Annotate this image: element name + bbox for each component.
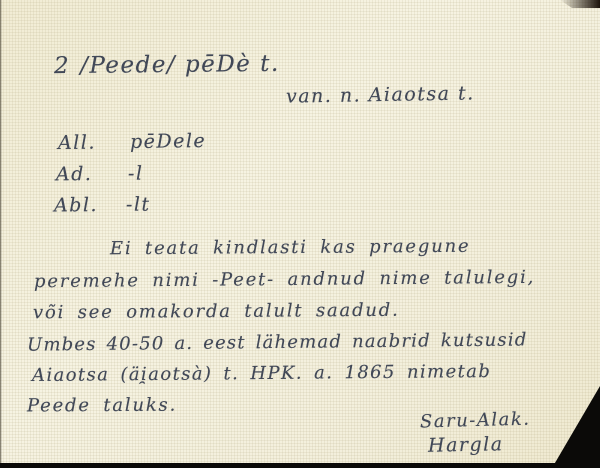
signature-place: Saru-Alak.	[420, 409, 531, 433]
entry-number: 2	[54, 53, 70, 79]
case-form-row: Abl.-lt	[54, 193, 151, 216]
corner-cut-bottom-right	[552, 386, 600, 468]
left-edge-shadow	[0, 0, 2, 468]
case-form-row: All.pēDele	[58, 130, 207, 154]
body-line: Umbes 40-50 a. eest lähemad naabrid kuts…	[27, 329, 528, 355]
archive-card: 2/Peede/ pēDè t. van. n. Aiaotsa t. All.…	[0, 0, 600, 468]
entry-title: /Peede/ pēDè t.	[80, 51, 280, 79]
case-label: Abl.	[54, 194, 126, 217]
case-form-row: Ad.-l	[56, 163, 144, 186]
body-line: Peede taluks.	[27, 395, 177, 417]
case-label: Ad.	[56, 163, 128, 186]
body-line: peremehe nimi -Peet- andnud nime taluleg…	[34, 267, 535, 292]
old-name-note: van. n. Aiaotsa t.	[286, 82, 475, 107]
body-line: Aiaotsa (äi̯aotsà) t. HPK. a. 1865 nimet…	[32, 361, 491, 386]
entry-header: 2/Peede/ pēDè t.	[54, 51, 280, 79]
bottom-scan-edge	[0, 463, 600, 468]
body-line: või see omakorda talult saadud.	[33, 300, 400, 324]
case-label: All.	[58, 131, 130, 154]
case-value: -lt	[126, 193, 151, 215]
signature-parish: Hargla	[428, 433, 504, 457]
body-line: Ei teata kindlasti kas praegune	[110, 236, 471, 260]
case-value: pēDele	[130, 130, 207, 153]
case-value: -l	[128, 163, 144, 185]
corner-mark-top-right	[560, 0, 600, 8]
